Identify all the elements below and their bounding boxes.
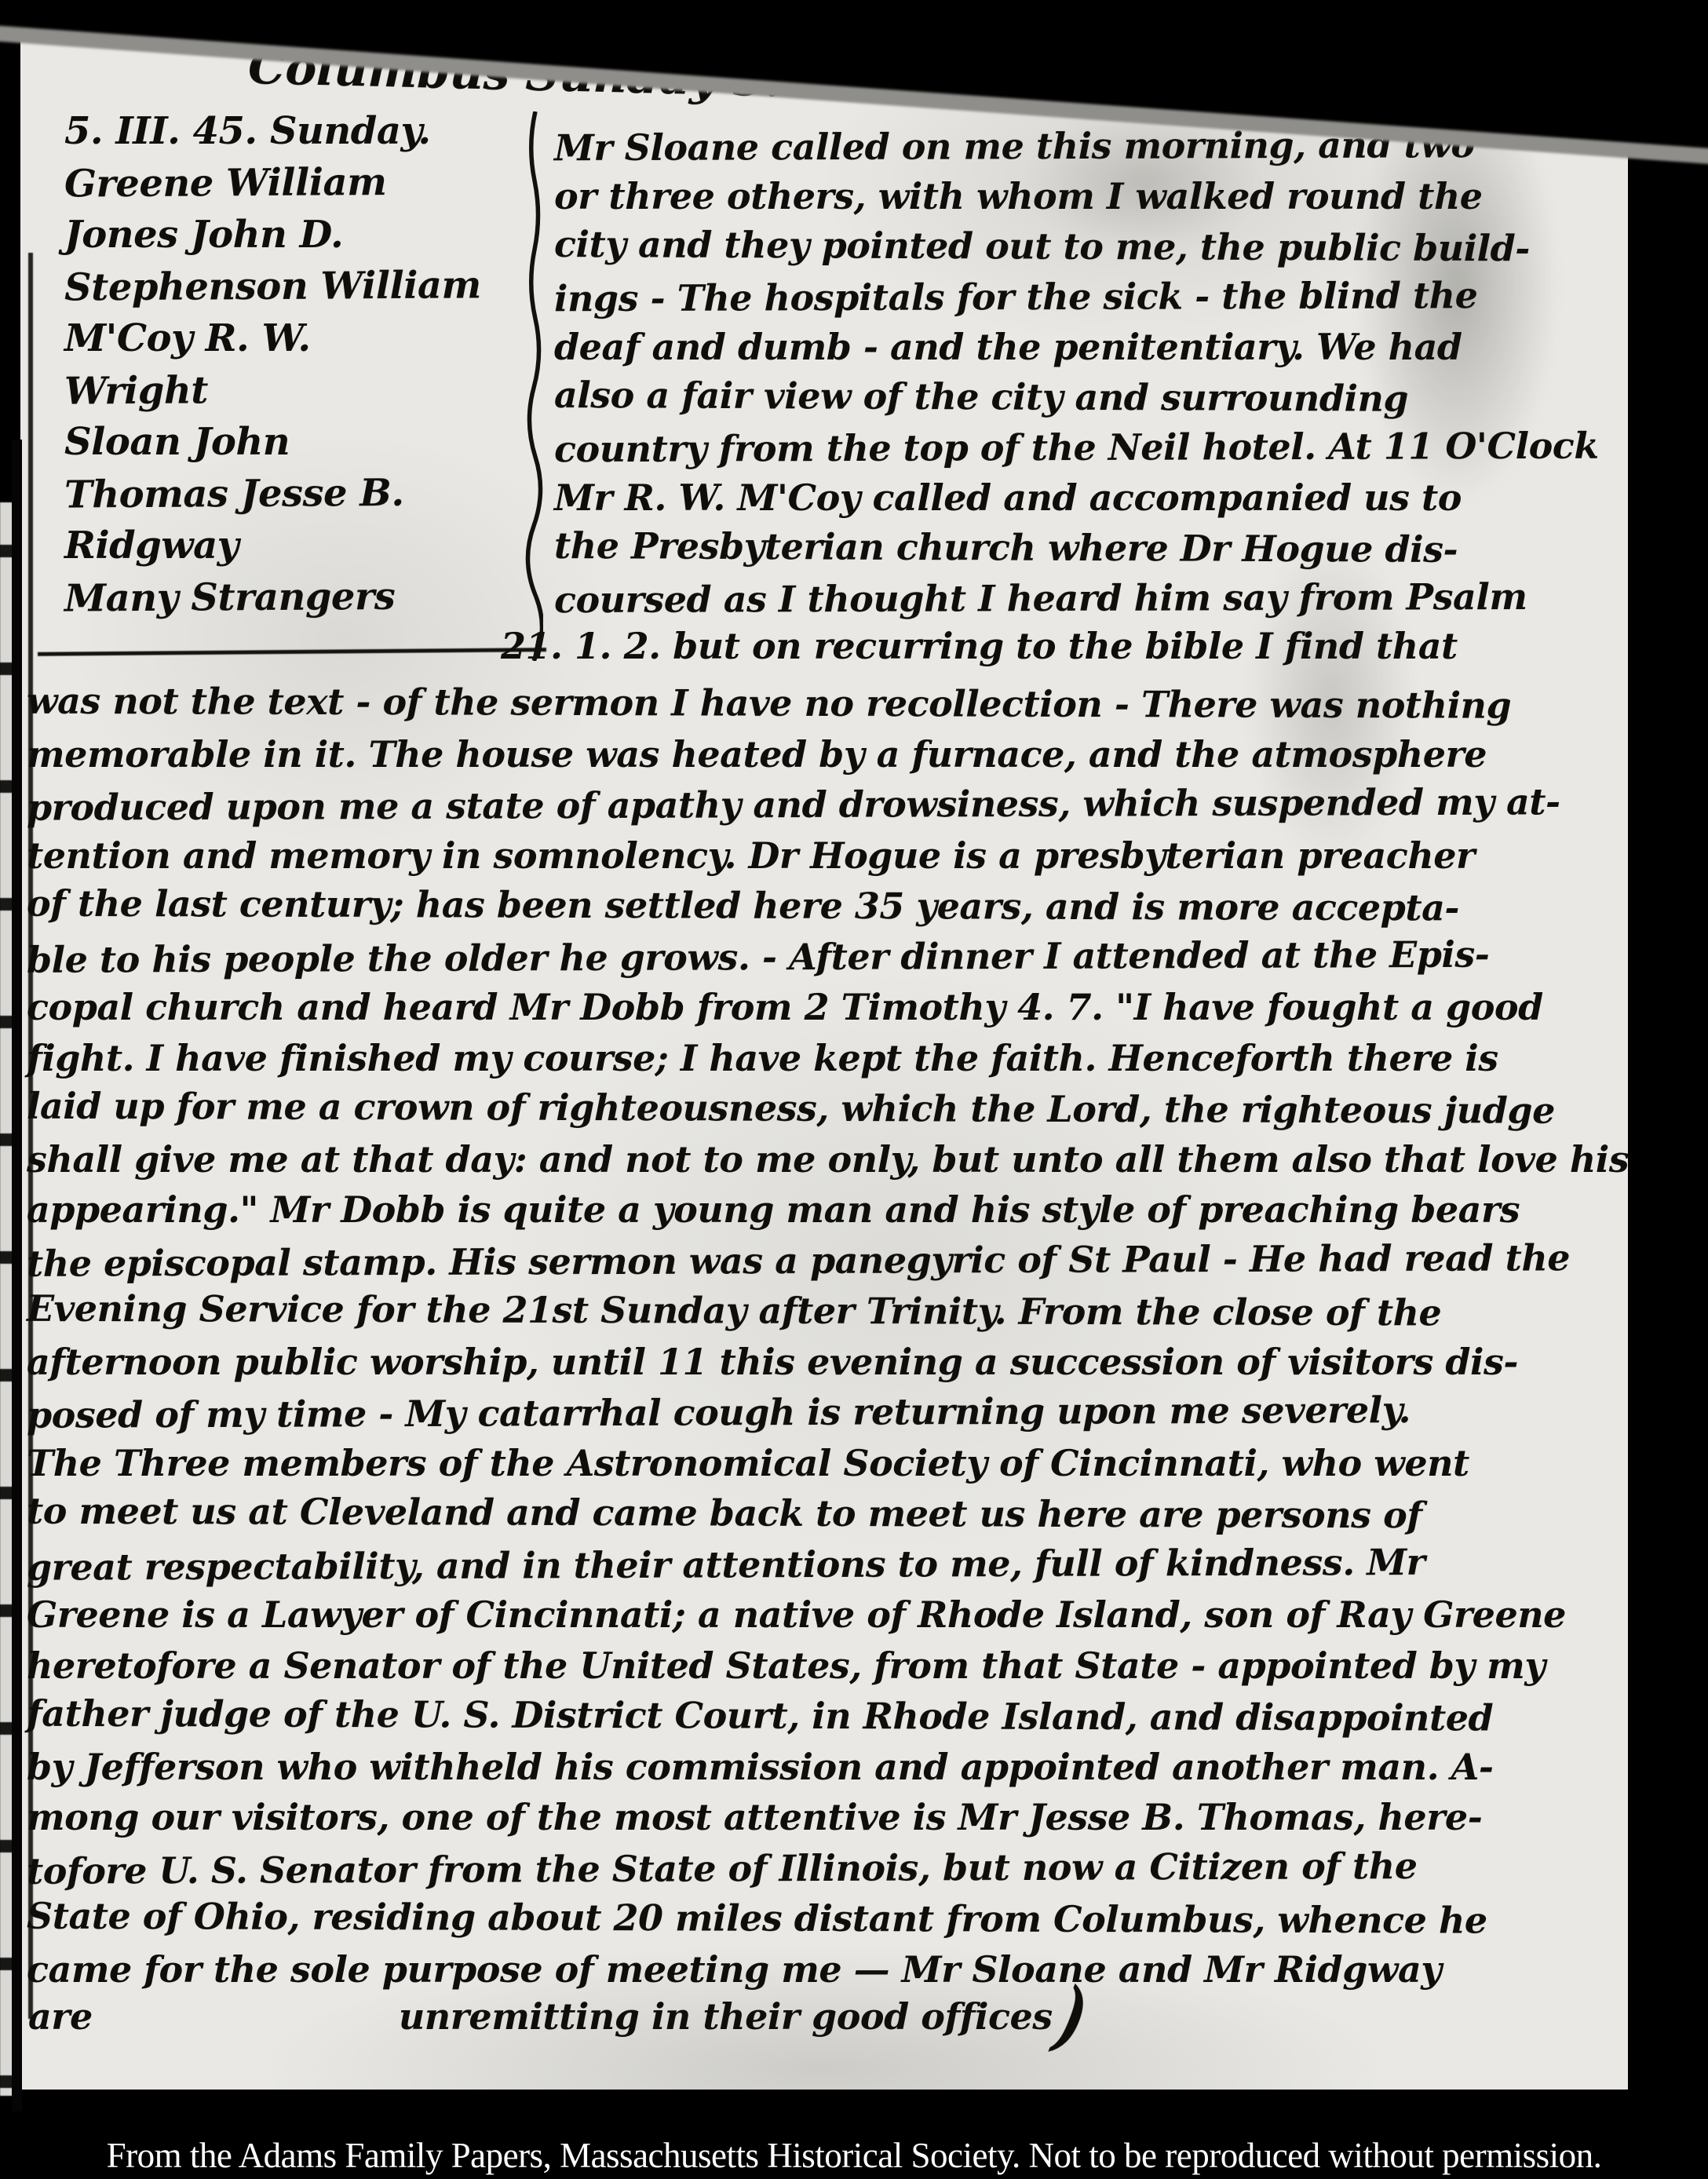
visitor-name: Wright — [64, 363, 481, 417]
entry-line: Evening Service for the 21st Sunday afte… — [27, 1283, 1623, 1339]
facing-page-edge — [0, 502, 13, 2096]
column-divider-line — [524, 111, 543, 661]
entry-line: 21. 1. 2. but on recurring to the bible … — [501, 625, 1458, 667]
visitor-name: M'Coy R. W. — [64, 312, 481, 364]
entry-line: great respectability, and in their atten… — [27, 1536, 1623, 1593]
entry-line: tofore U. S. Senator from the State of I… — [27, 1840, 1623, 1896]
entry-line: mong our visitors, one of the most atten… — [27, 1792, 1623, 1843]
visitor-name: Sloan John — [64, 416, 481, 468]
manuscript-page: Columbus Sunday 5. November 1843. 5. III… — [20, 17, 1628, 2090]
entry-line: deaf and dumb - and the penitentiary. We… — [554, 322, 1614, 372]
entry-line: Greene is a Lawyer of Cincinnati; a nati… — [27, 1590, 1623, 1641]
entry-line: country from the top of the Neil hotel. … — [554, 421, 1614, 475]
entry-line: copal church and heard Mr Dobb from 2 Ti… — [27, 982, 1623, 1033]
entry-line: also a fair view of the city and surroun… — [554, 370, 1614, 425]
entry-line: the Presbyterian church where Dr Hogue d… — [554, 520, 1614, 575]
visitor-name: Stephenson William — [64, 259, 481, 313]
visitor-name: Jones John D. — [64, 209, 481, 261]
visitor-name: Thomas Jesse B. — [64, 466, 481, 520]
closing-phrase: unremitting in their good offices — [399, 1995, 1053, 2038]
entry-line: was not the text - of the sermon I have … — [27, 676, 1623, 732]
entry-line: State of Ohio, residing about 20 miles d… — [27, 1891, 1623, 1947]
entry-text-column: Mr Sloane called on me this morning, and… — [554, 121, 1614, 623]
entry-line: of the last century; has been settled he… — [27, 878, 1623, 934]
names-underline — [38, 648, 546, 656]
entry-line: heretofore a Senator of the United State… — [27, 1641, 1623, 1692]
visitor-name: Many Strangers — [64, 570, 481, 624]
scanned-diary-photo: Columbus Sunday 5. November 1843. 5. III… — [0, 0, 1708, 2179]
entry-line: produced upon me a state of apathy and d… — [27, 776, 1623, 833]
entry-line: memorable in it. The house was heated by… — [27, 729, 1623, 780]
entry-line: tention and memory in somnolency. Dr Hog… — [27, 830, 1623, 881]
visitor-name: Ridgway — [64, 520, 481, 571]
entry-line: afternoon public worship, until 11 this … — [27, 1337, 1623, 1388]
visitor-list: 5. III. 45. Sunday. Greene William Jones… — [64, 105, 481, 623]
entry-line: posed of my time - My catarrhal cough is… — [27, 1384, 1623, 1440]
entry-line: father judge of the U. S. District Court… — [27, 1688, 1623, 1744]
archive-credit: From the Adams Family Papers, Massachuse… — [0, 2135, 1708, 2176]
entry-line: laid up for me a crown of righteousness,… — [27, 1081, 1623, 1137]
visitor-name: Greene William — [64, 155, 481, 210]
entry-line: shall give me at that day: and not to me… — [27, 1134, 1623, 1185]
entry-line: by Jefferson who withheld his commission… — [27, 1742, 1623, 1793]
entry-text-full-width: was not the text - of the sermon I have … — [27, 678, 1623, 1995]
entry-line: fight. I have finished my course; I have… — [27, 1033, 1623, 1084]
entry-line: appearing." Mr Dobb is quite a young man… — [27, 1184, 1623, 1235]
closing-word: are — [28, 1995, 93, 2038]
entry-line: ble to his people the older he grows. - … — [27, 929, 1623, 985]
entry-line: city and they pointed out to me, the pub… — [554, 219, 1614, 274]
entry-line: coursed as I thought I heard him say fro… — [554, 571, 1614, 626]
entry-line: The Three members of the Astronomical So… — [27, 1438, 1623, 1489]
entry-line: came for the sole purpose of meeting me … — [27, 1944, 1623, 1995]
entry-line: Mr R. W. M'Coy called and accompanied us… — [554, 473, 1614, 523]
closing-line: areunremitting in their good offices) — [28, 1995, 1080, 2038]
entry-line: or three others, with whom I walked roun… — [554, 171, 1614, 221]
entry-line: to meet us at Cleveland and came back to… — [27, 1486, 1623, 1542]
binding-gutter — [12, 440, 22, 2111]
time-date-line: 5. III. 45. Sunday. — [64, 105, 481, 157]
entry-line: ings - The hospitals for the sick - the … — [554, 270, 1614, 324]
entry-line: the episcopal stamp. His sermon was a pa… — [27, 1232, 1623, 1289]
